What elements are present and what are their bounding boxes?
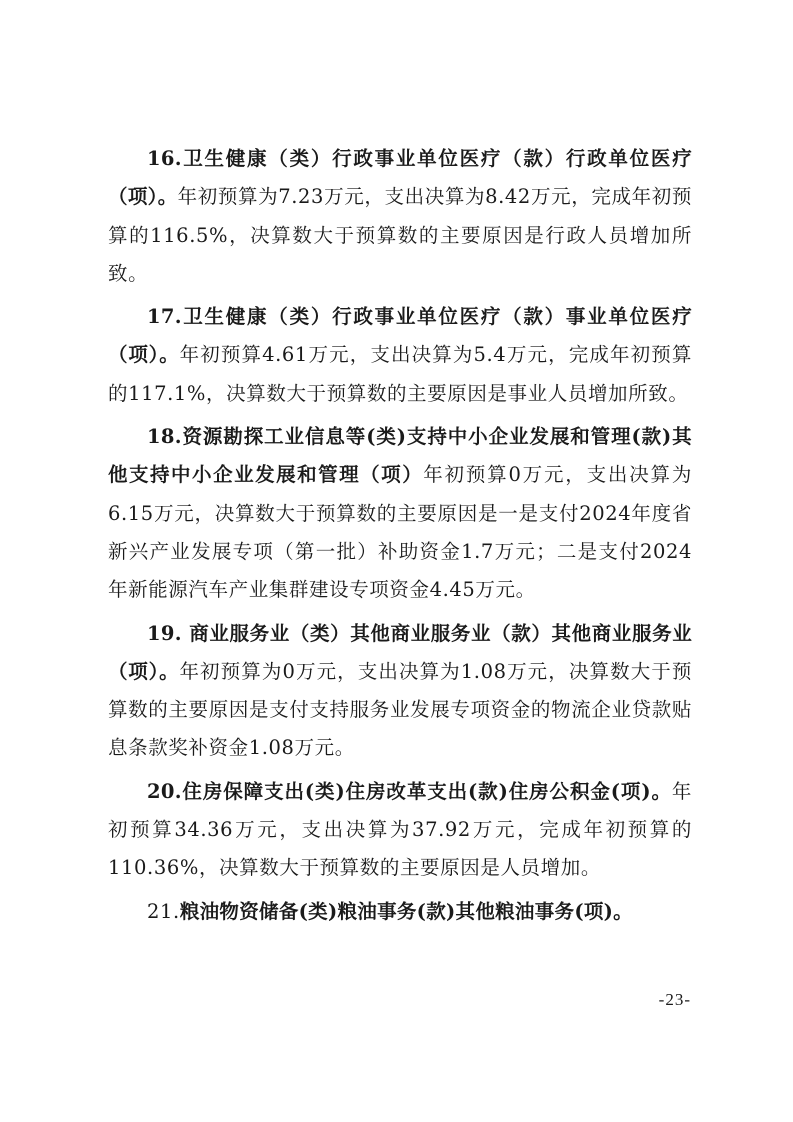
paragraph-18: 18.资源勘探工业信息等(类)支持中小企业发展和管理(款)其他支持中小企业发展和…: [108, 418, 692, 609]
document-page: 16.卫生健康（类）行政事业单位医疗（款）行政单位医疗（项）。年初预算为7.23…: [108, 140, 692, 936]
paragraph-20: 20.住房保障支出(类)住房改革支出(款)住房公积金(项)。年初预算34.36万…: [108, 773, 692, 888]
paragraph-number: 21.: [147, 900, 180, 923]
paragraph-body: 年初预算为0万元，支出决算为1.08万元，决算数大于预算数的主要原因是支付支持服…: [108, 660, 692, 760]
paragraph-19: 19. 商业服务业（类）其他商业服务业（款）其他商业服务业（项）。年初预算为0万…: [108, 615, 692, 768]
paragraph-21: 21.粮油物资储备(类)粮油事务(款)其他粮油事务(项)。: [108, 893, 692, 931]
paragraph-body: 年初预算4.61万元，支出决算为5.4万元，完成年初预算的117.1%，决算数大…: [108, 343, 692, 404]
page-number: -23-: [659, 990, 691, 1010]
paragraph-body: 年初预算为7.23万元，支出决算为8.42万元，完成年初预算的116.5%，决算…: [108, 185, 692, 285]
paragraph-16: 16.卫生健康（类）行政事业单位医疗（款）行政单位医疗（项）。年初预算为7.23…: [108, 140, 692, 293]
paragraph-heading: 20.住房保障支出(类)住房改革支出(款)住房公积金(项)。: [147, 780, 672, 803]
paragraph-17: 17.卫生健康（类）行政事业单位医疗（款）事业单位医疗（项）。年初预算4.61万…: [108, 298, 692, 413]
paragraph-heading: 粮油物资储备(类)粮油事务(款)其他粮油事务(项)。: [180, 900, 633, 923]
